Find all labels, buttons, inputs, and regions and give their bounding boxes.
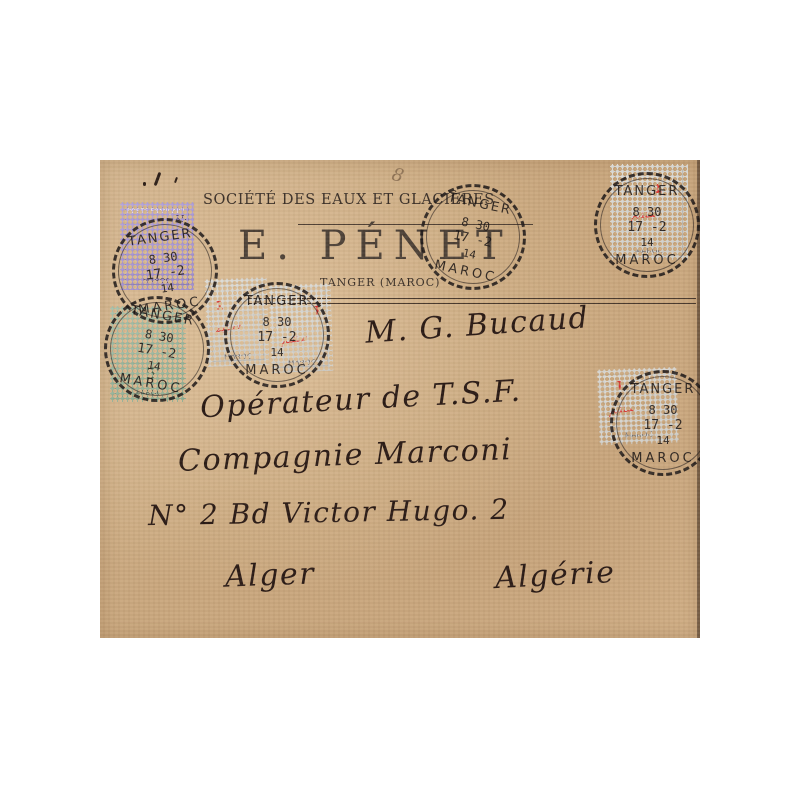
postmark: TANGER 8 30 17 -2 14 MAROC — [610, 370, 700, 476]
postmark-time: 8 30 — [227, 315, 327, 329]
postmark-year: 14 — [597, 236, 697, 249]
postmark-year: 14 — [227, 346, 327, 359]
ink-mark — [154, 172, 162, 186]
address-recipient: M. G. Bucaud — [364, 300, 590, 351]
postmark-city: TANGER — [613, 382, 700, 397]
letterhead-city: TANGER (MAROC) — [320, 276, 440, 289]
postmark: TANGER 8 30 17 -2 14 MAROC — [224, 282, 330, 388]
postmark-time: 8 30 — [597, 205, 697, 219]
postmark-date: 17 -2 — [613, 418, 700, 433]
postmark-date: 17 -2 — [597, 220, 697, 235]
address-title: Opérateur de T.S.F. — [199, 374, 522, 426]
postmark-date: 17 -2 — [227, 330, 327, 345]
envelope: 8 SOCIÉTÉ DES EAUX ET GLACIÈRES E. PÉNET… — [100, 160, 700, 638]
address-street: N° 2 Bd Victor Hugo. 2 — [148, 493, 510, 532]
postmark-year: 14 — [613, 434, 700, 447]
postmark-country: MAROC — [227, 363, 327, 378]
ink-mark — [143, 182, 146, 186]
postmark: TANGER 8 30 17 -2 14 MAROC — [594, 172, 700, 278]
pencil-note: 8 — [389, 164, 405, 187]
postmark-city: TANGER — [227, 294, 327, 309]
address-country: Algérie — [494, 555, 616, 596]
postmark-country: MAROC — [613, 451, 700, 466]
address-company: Compagnie Marconi — [177, 432, 512, 479]
postmark-time: 8 30 — [613, 403, 700, 417]
postmark-country: MAROC — [597, 253, 697, 268]
ink-mark — [174, 177, 178, 183]
address-city: Alger — [224, 556, 315, 594]
postmark-city: TANGER — [597, 184, 697, 199]
